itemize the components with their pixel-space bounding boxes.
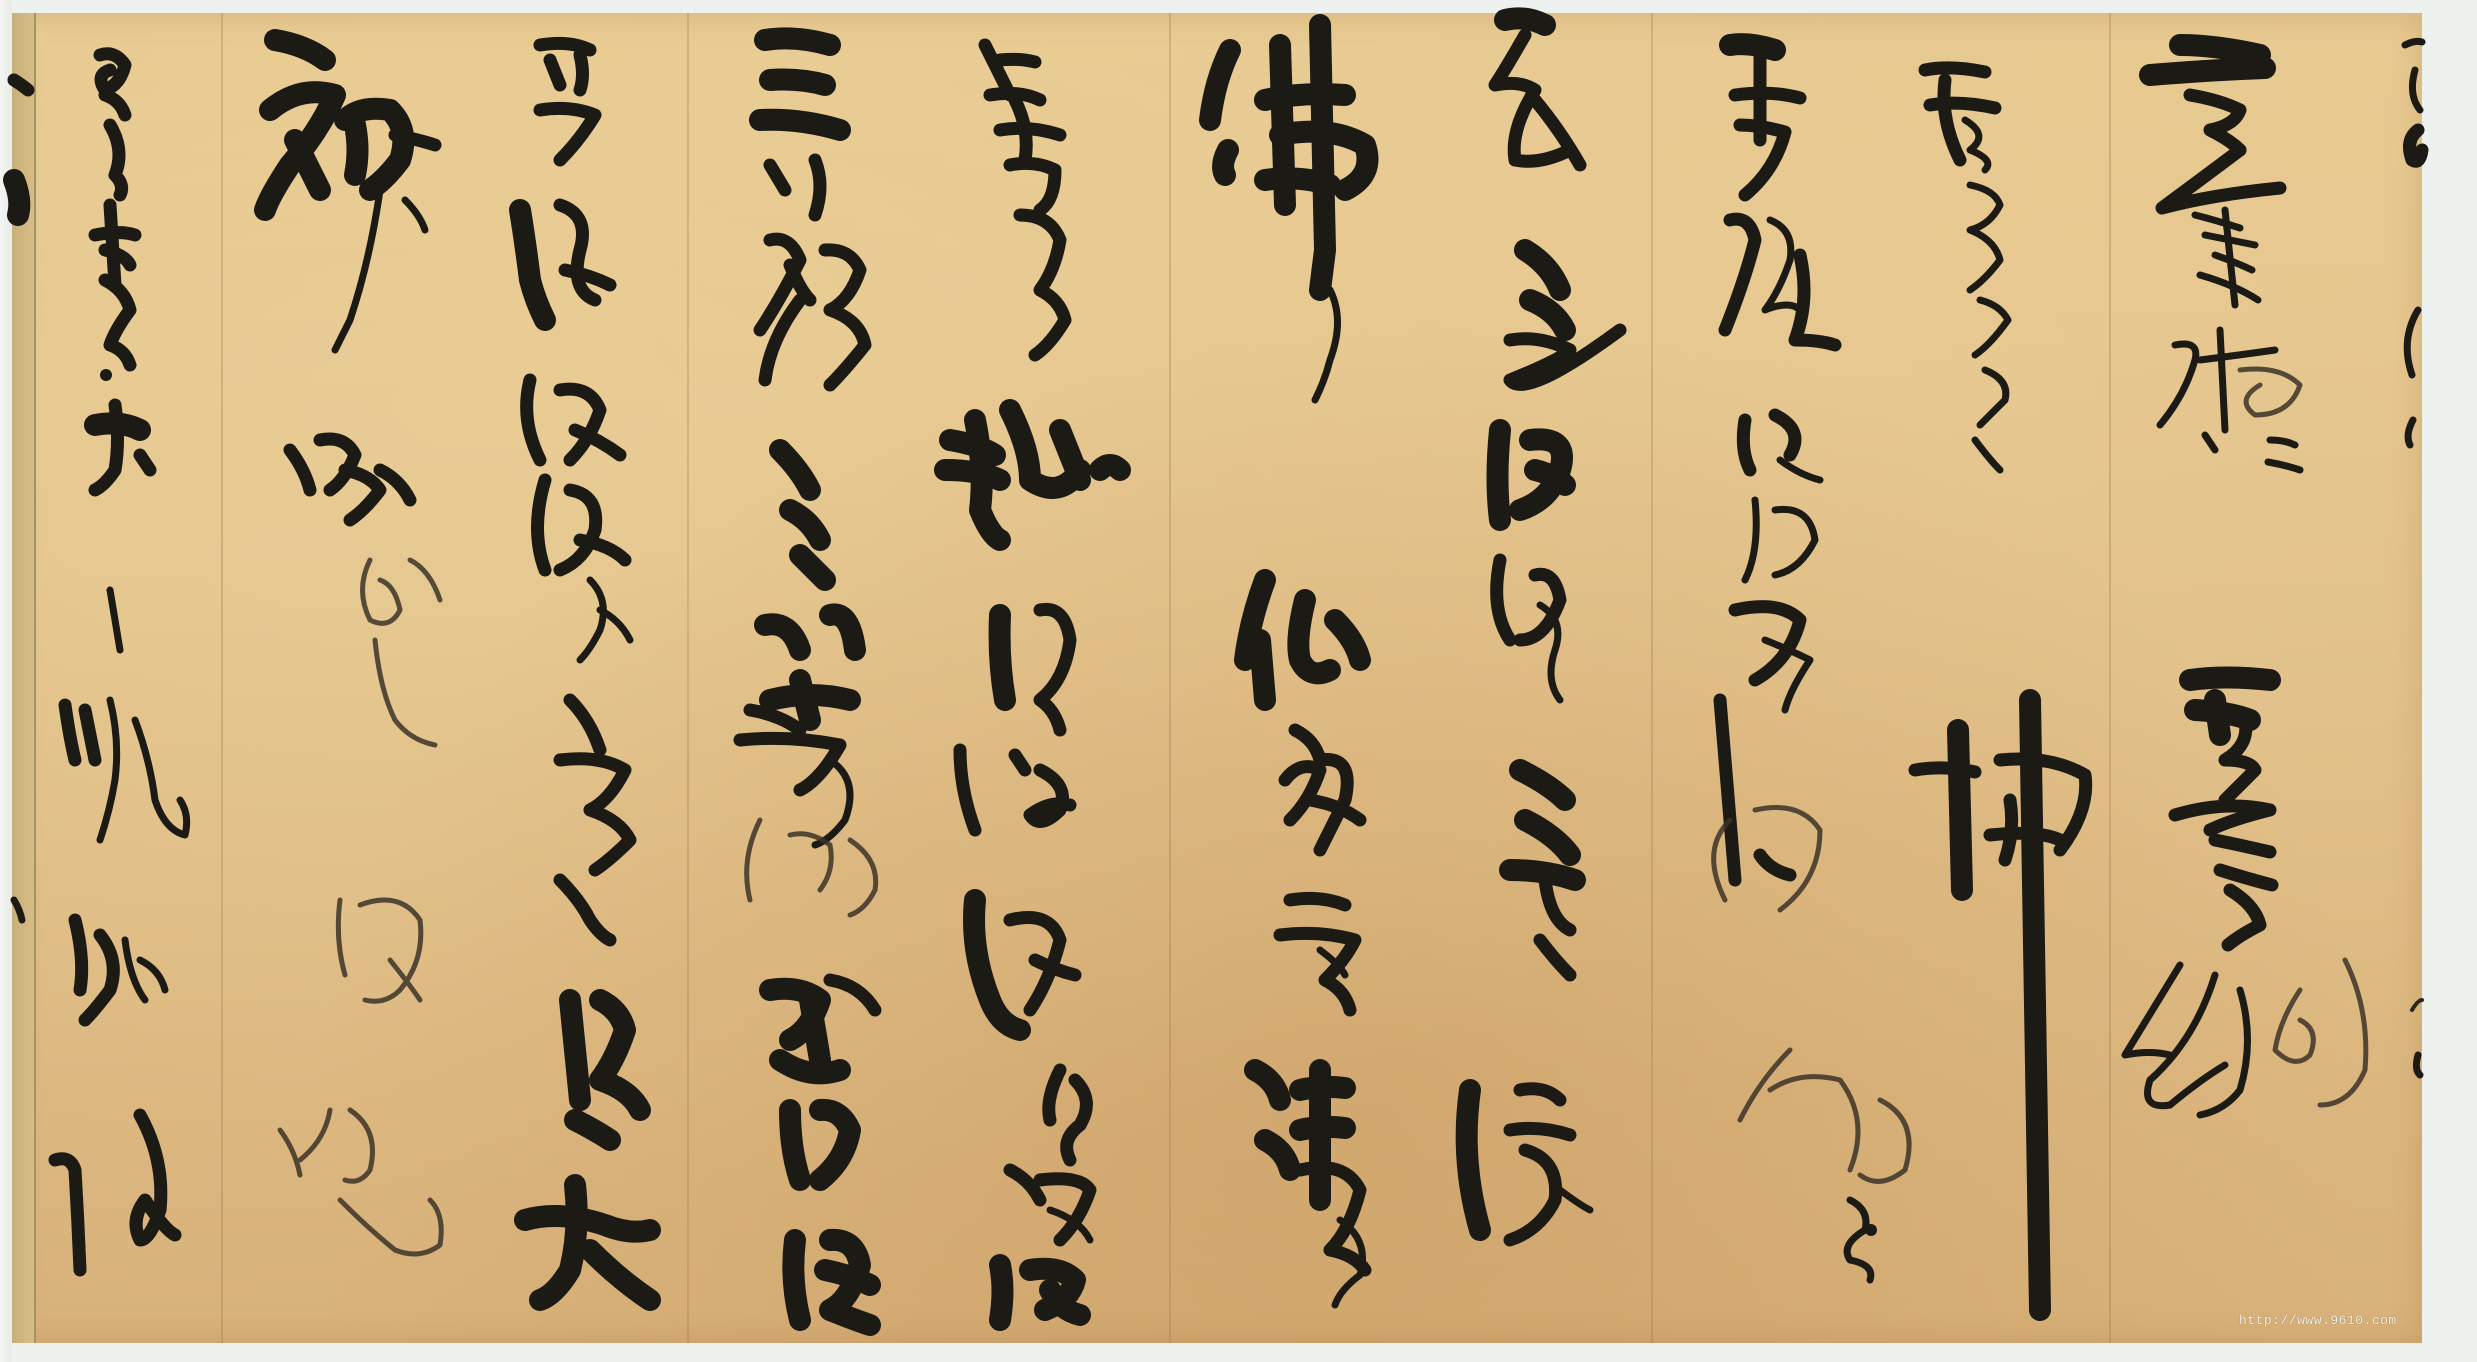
calligraphy-ink <box>0 0 2477 1362</box>
column-4 <box>1467 18 1620 1240</box>
previous-panel-fragments <box>14 80 28 920</box>
column-3 <box>1714 44 1909 1280</box>
calligraphy-scan: http://www.9610.com <box>0 0 2477 1362</box>
column-7 <box>740 38 876 1325</box>
column-1 <box>2125 45 2366 1115</box>
column-5 <box>1210 25 1368 1305</box>
column-9 <box>265 40 441 1254</box>
column-8 <box>520 43 650 1300</box>
watermark-url: http://www.9610.com <box>2239 1313 2397 1328</box>
column-10 <box>55 54 187 1270</box>
column-6 <box>945 45 1120 1320</box>
column-2 <box>1915 68 2086 1310</box>
column-edge-right <box>2405 41 2422 1075</box>
